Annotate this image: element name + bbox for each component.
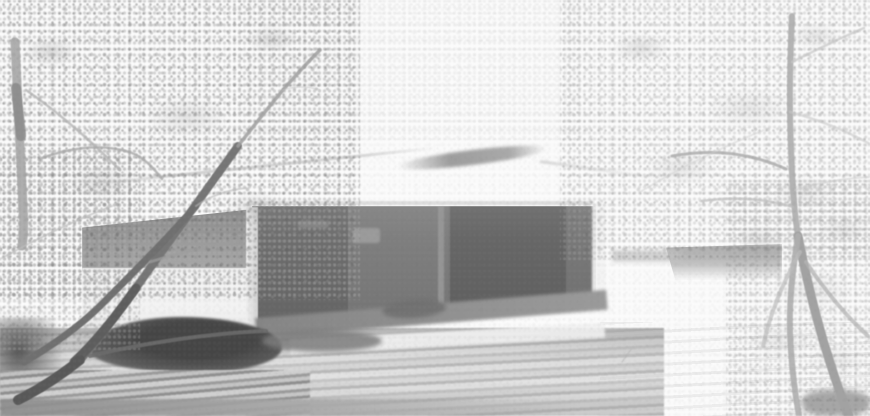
carport-back-window bbox=[352, 228, 380, 243]
distant-hedge bbox=[666, 244, 782, 280]
foliage-speckle-center bbox=[240, 0, 580, 140]
brush-pile-shadow bbox=[262, 330, 382, 352]
roof-edge-line bbox=[88, 146, 438, 186]
roof-fascia bbox=[250, 201, 594, 205]
ground-corner-shadow bbox=[802, 390, 870, 416]
roof-ridge bbox=[396, 141, 549, 174]
left-wing-shaded-wall bbox=[82, 209, 254, 271]
foliage-speckle-top-right bbox=[560, 0, 870, 260]
roof-edge-right bbox=[540, 160, 679, 182]
carport-middle-post bbox=[438, 206, 444, 306]
distant-hedge-tail bbox=[612, 250, 682, 262]
photograph bbox=[0, 0, 870, 416]
foliage-mass-top-right bbox=[600, 0, 870, 240]
carport-back-glint bbox=[298, 220, 328, 228]
driveway-strip bbox=[0, 399, 580, 416]
brush-pile bbox=[90, 317, 282, 373]
carport-white-post bbox=[246, 207, 258, 333]
